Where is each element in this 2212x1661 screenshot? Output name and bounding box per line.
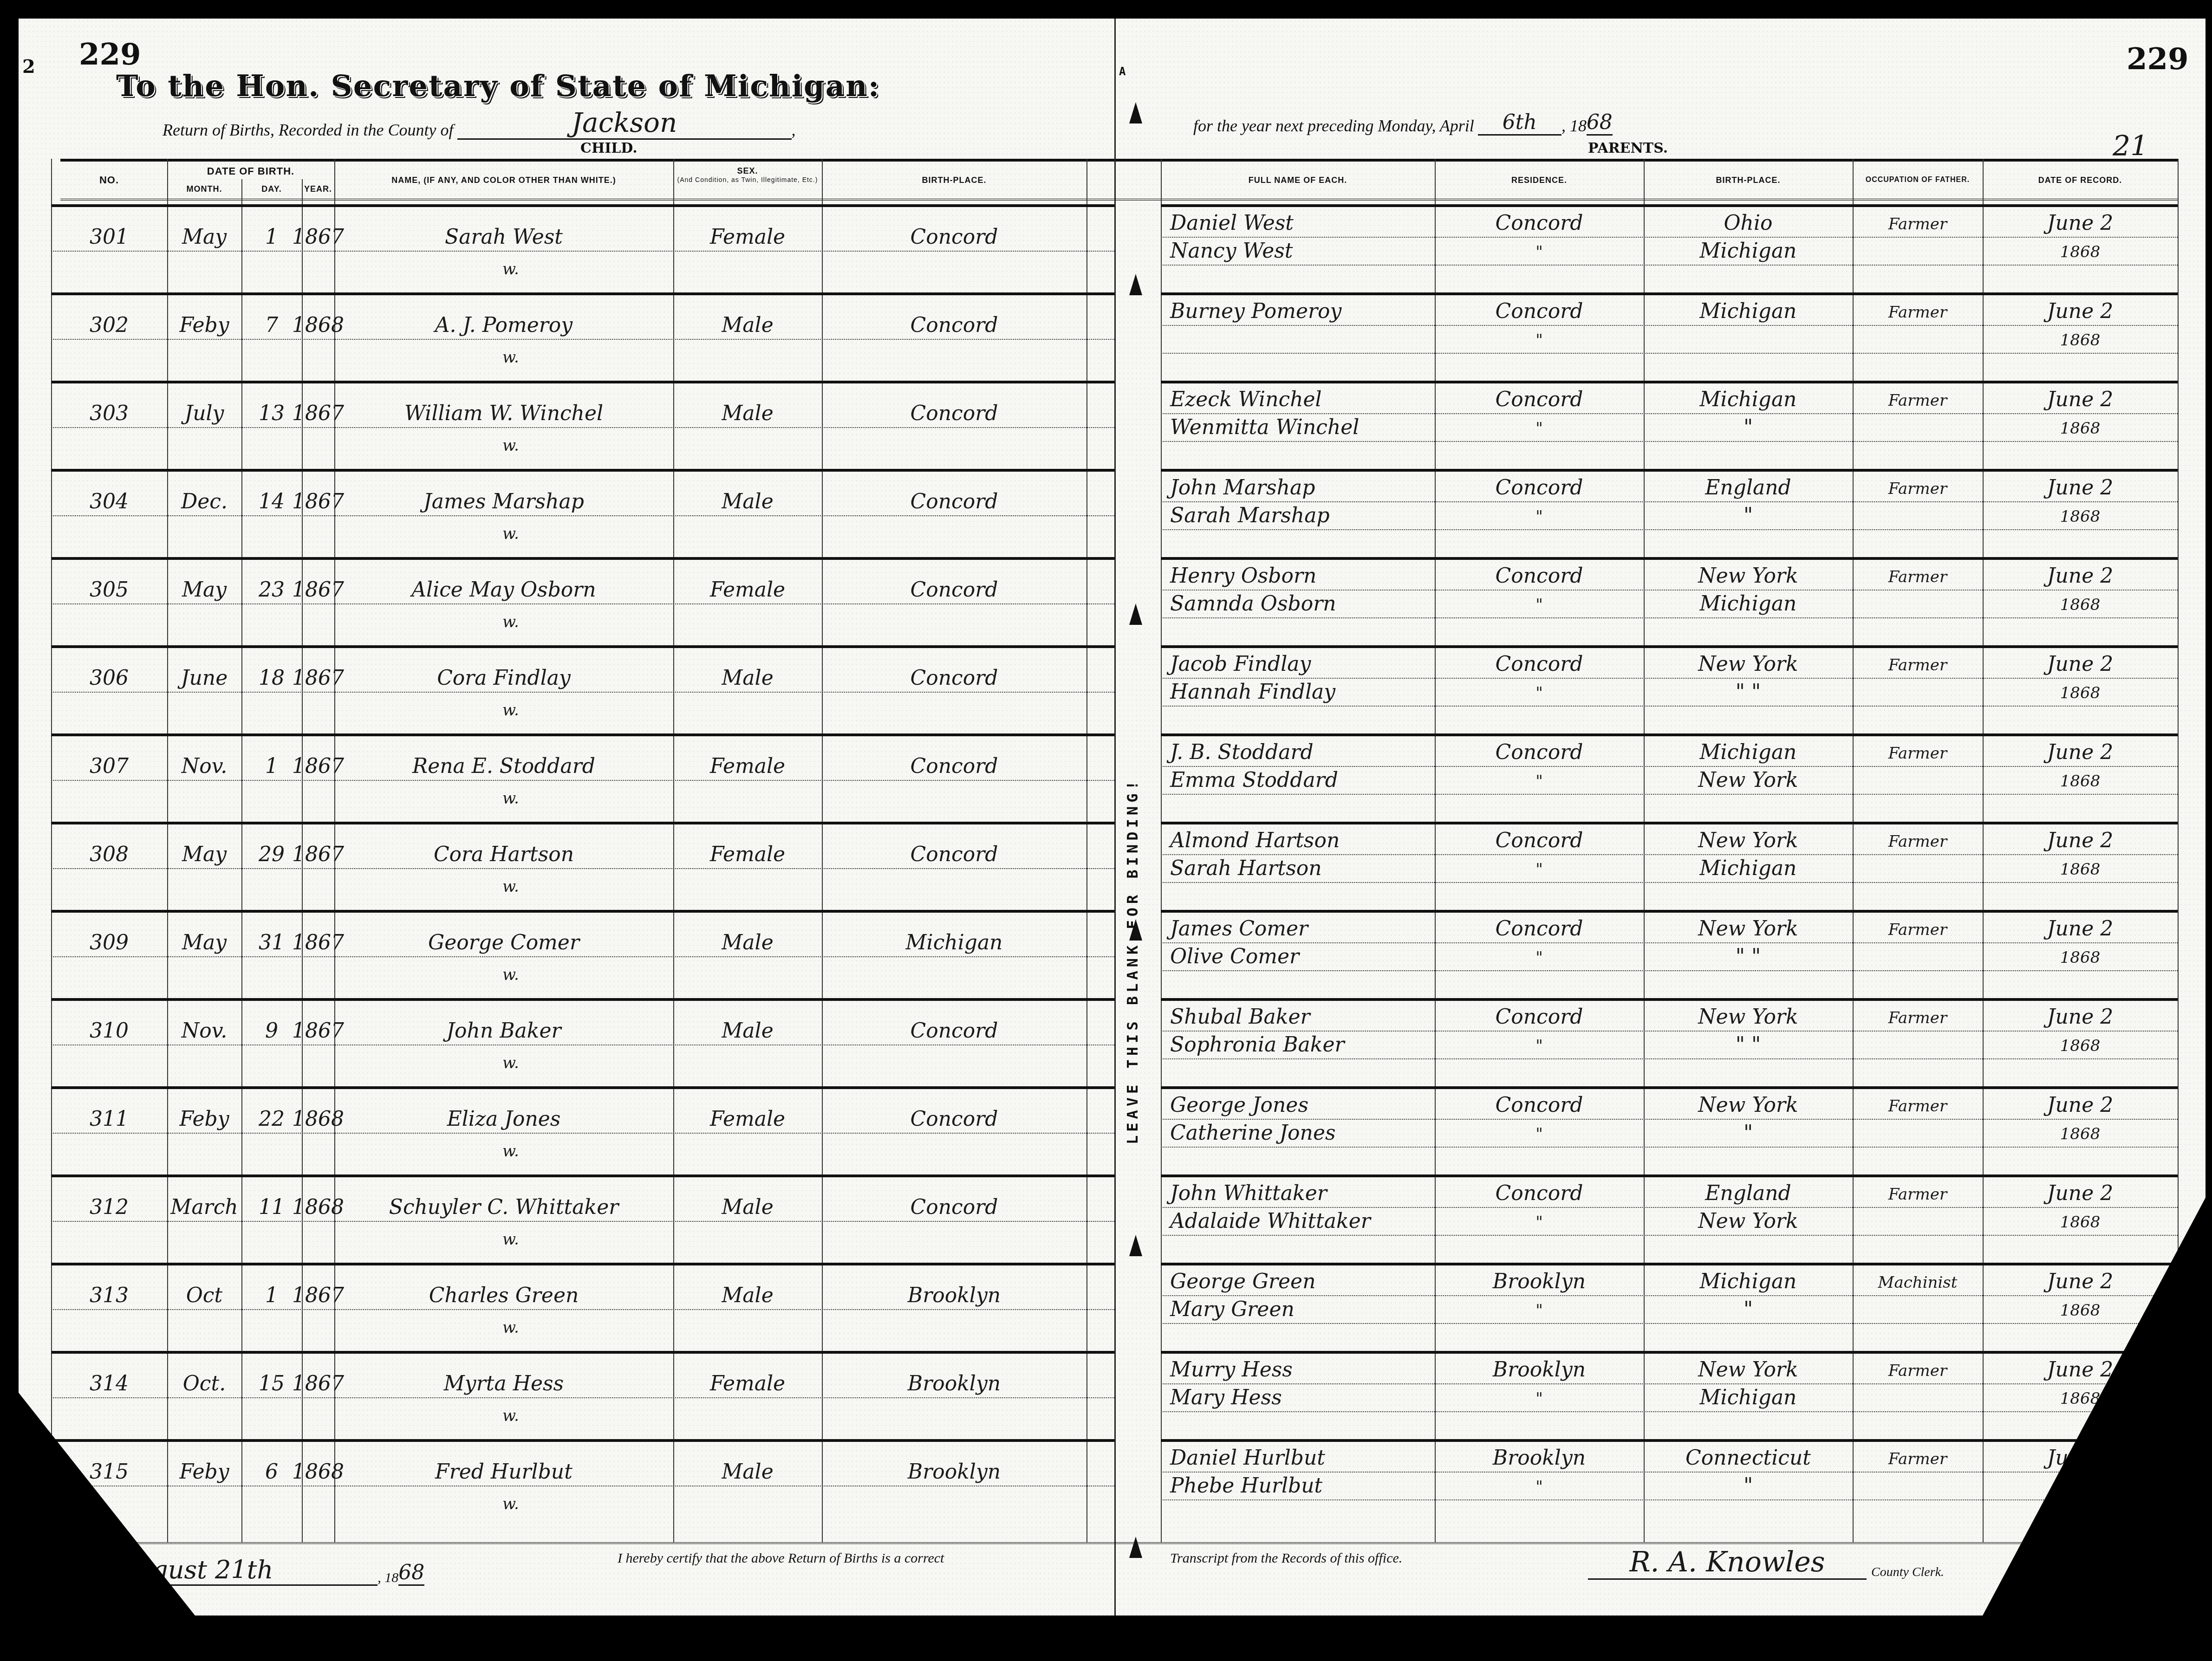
record-residence: Concord bbox=[1435, 209, 1644, 237]
record-color: w. bbox=[483, 1404, 539, 1427]
col-parent-birth-place: Birth-Place. bbox=[1644, 163, 1853, 197]
row-rule bbox=[1161, 910, 2178, 913]
record-sex: Female bbox=[673, 576, 822, 603]
record-father-birth-place: England bbox=[1644, 474, 1853, 501]
record-no: 313 bbox=[51, 1281, 167, 1309]
col-birth-place: Birth-Place. bbox=[822, 163, 1086, 197]
record-year-of-record: 1868 bbox=[1983, 1121, 2178, 1147]
row-subrule bbox=[51, 427, 1114, 428]
record-no: 308 bbox=[51, 840, 167, 868]
col-sex: Sex. (And Condition, as Twin, Illegitima… bbox=[673, 166, 822, 183]
record-birth-place: Concord bbox=[822, 664, 1086, 692]
record-year: 1867 bbox=[302, 752, 334, 780]
record-no: 310 bbox=[51, 1017, 167, 1045]
record-birth-place: Concord bbox=[822, 399, 1086, 427]
record-sex: Male bbox=[673, 1017, 822, 1045]
record-no: 304 bbox=[51, 487, 167, 515]
record-child-name: Fred Hurlbut bbox=[334, 1458, 673, 1486]
record-mother-birth-place bbox=[1644, 325, 1853, 353]
record-child-name: Schuyler C. Whittaker bbox=[334, 1193, 673, 1221]
record-residence: Concord bbox=[1435, 385, 1644, 413]
record-year: 1867 bbox=[302, 664, 334, 692]
record-father-name: J. B. Stoddard bbox=[1170, 738, 1430, 766]
row-subrule bbox=[1161, 617, 2178, 618]
record-birth-place: Concord bbox=[822, 487, 1086, 515]
record-mother-birth-place: Michigan bbox=[1644, 237, 1853, 265]
row-subrule bbox=[51, 1133, 1114, 1134]
record-residence-ditto: " bbox=[1435, 1033, 1644, 1058]
row-subrule bbox=[51, 1045, 1114, 1045]
row-subrule bbox=[51, 692, 1114, 693]
row-rule bbox=[51, 733, 1114, 736]
record-month: March bbox=[167, 1193, 241, 1221]
record-mother-name: Hannah Findlay bbox=[1170, 678, 1430, 706]
record-year-of-record: 1868 bbox=[1983, 945, 2178, 970]
year-label: for the year next preceding Monday, Apri… bbox=[1193, 116, 1474, 136]
record-father-birth-place: New York bbox=[1644, 562, 1853, 590]
row-rule bbox=[1161, 822, 2178, 824]
record-birth-place: Concord bbox=[822, 311, 1086, 339]
col-month: Month. bbox=[167, 181, 241, 197]
record-occupation: Farmer bbox=[1853, 1181, 1983, 1207]
row-rule bbox=[51, 1439, 1114, 1442]
record-year: 1867 bbox=[302, 928, 334, 956]
row-rule bbox=[51, 1086, 1114, 1089]
transcript-text: Transcript from the Records of this offi… bbox=[1170, 1551, 1402, 1566]
clerk-signature: R. A. Knowles bbox=[1588, 1546, 1867, 1580]
record-mother-name: Mary Green bbox=[1170, 1295, 1430, 1323]
record-father-birth-place: Ohio bbox=[1644, 209, 1853, 237]
record-residence-ditto: " bbox=[1435, 768, 1644, 794]
record-no: 305 bbox=[51, 576, 167, 603]
record-birth-place: Concord bbox=[822, 223, 1086, 251]
row-subrule bbox=[1161, 794, 2178, 795]
record-no: 312 bbox=[51, 1193, 167, 1221]
record-year-of-record: 1868 bbox=[1983, 1033, 2178, 1058]
record-mother-birth-place: " " bbox=[1644, 678, 1853, 706]
record-child-name: Myrta Hess bbox=[334, 1369, 673, 1397]
record-father-name: Henry Osborn bbox=[1170, 562, 1430, 590]
record-color: w. bbox=[483, 787, 539, 810]
record-child-name: James Marshap bbox=[334, 487, 673, 515]
day-field: 6th bbox=[1478, 110, 1561, 136]
record-father-name: Jacob Findlay bbox=[1170, 650, 1430, 678]
header-bottom-rule bbox=[60, 199, 2178, 202]
record-sex: Male bbox=[673, 487, 822, 515]
record-birth-place: Concord bbox=[822, 1017, 1086, 1045]
record-father-name: Burney Pomeroy bbox=[1170, 297, 1430, 325]
record-year: 1867 bbox=[302, 223, 334, 251]
col-date-of-birth: Date of Birth. bbox=[167, 163, 334, 179]
row-rule bbox=[1161, 1174, 2178, 1177]
col-name: Name, (if any, and color other than whit… bbox=[334, 163, 673, 197]
record-occupation: Farmer bbox=[1853, 829, 1983, 854]
record-occupation: Farmer bbox=[1853, 740, 1983, 766]
row-subrule bbox=[51, 780, 1114, 781]
record-mother-birth-place: New York bbox=[1644, 1207, 1853, 1235]
record-residence: Concord bbox=[1435, 738, 1644, 766]
record-month: Nov. bbox=[167, 1017, 241, 1045]
record-child-name: A. J. Pomeroy bbox=[334, 311, 673, 339]
row-subrule bbox=[51, 603, 1114, 604]
row-subrule bbox=[1161, 265, 2178, 266]
parents-section-label: PARENTS. bbox=[1588, 140, 1668, 156]
record-color: w. bbox=[483, 258, 539, 281]
corner-mark: 2 bbox=[22, 56, 35, 78]
row-rule bbox=[51, 822, 1114, 824]
row-rule bbox=[51, 1174, 1114, 1177]
row-rule bbox=[1161, 645, 2178, 648]
record-residence-ditto: " bbox=[1435, 415, 1644, 441]
row-subrule bbox=[51, 251, 1114, 252]
record-sex: Female bbox=[673, 752, 822, 780]
record-residence-ditto: " bbox=[1435, 1298, 1644, 1323]
record-residence: Concord bbox=[1435, 650, 1644, 678]
row-subrule bbox=[51, 868, 1114, 869]
record-mother-name: Sarah Marshap bbox=[1170, 501, 1430, 529]
row-rule bbox=[1161, 998, 2178, 1001]
record-sex: Female bbox=[673, 840, 822, 868]
record-birth-place: Concord bbox=[822, 576, 1086, 603]
row-rule bbox=[51, 557, 1114, 560]
record-month: May bbox=[167, 928, 241, 956]
row-rule bbox=[1161, 204, 2178, 207]
record-father-birth-place: New York bbox=[1644, 1091, 1853, 1119]
record-residence: Concord bbox=[1435, 1179, 1644, 1207]
record-month: May bbox=[167, 576, 241, 603]
record-mother-birth-place: " bbox=[1644, 413, 1853, 441]
record-mother-name: Olive Comer bbox=[1170, 942, 1430, 970]
col-rule bbox=[1161, 159, 1162, 1542]
record-child-name: William W. Winchel bbox=[334, 399, 673, 427]
row-subrule bbox=[1161, 1058, 2178, 1059]
record-father-birth-place: New York bbox=[1644, 650, 1853, 678]
record-month: Feby bbox=[167, 1105, 241, 1133]
record-father-name: Murry Hess bbox=[1170, 1356, 1430, 1383]
record-father-birth-place: New York bbox=[1644, 1003, 1853, 1031]
row-rule bbox=[1161, 1086, 2178, 1089]
record-month: June bbox=[167, 664, 241, 692]
record-date: June 2 bbox=[1983, 562, 2178, 590]
record-residence-ditto: " bbox=[1435, 327, 1644, 353]
record-father-name: Daniel Hurlbut bbox=[1170, 1444, 1430, 1472]
record-month: Feby bbox=[167, 311, 241, 339]
col-date-of-record: Date of Record. bbox=[1983, 163, 2178, 197]
row-rule bbox=[1161, 557, 2178, 560]
record-father-name: Daniel West bbox=[1170, 209, 1430, 237]
record-residence: Concord bbox=[1435, 562, 1644, 590]
record-mother-birth-place: Michigan bbox=[1644, 1383, 1853, 1411]
record-color: w. bbox=[483, 610, 539, 634]
record-year-of-record: 1868 bbox=[1983, 504, 2178, 529]
register-page: 2 229 229 21 To the Hon. Secretary of St… bbox=[19, 19, 2205, 1616]
record-year: 1867 bbox=[302, 399, 334, 427]
binding-mark: A bbox=[1119, 65, 1126, 78]
record-father-name: Shubal Baker bbox=[1170, 1003, 1430, 1031]
record-occupation: Farmer bbox=[1853, 564, 1983, 590]
record-residence-ditto: " bbox=[1435, 680, 1644, 706]
row-subrule bbox=[1161, 353, 2178, 354]
record-residence: Concord bbox=[1435, 1091, 1644, 1119]
record-no: 301 bbox=[51, 223, 167, 251]
record-residence-ditto: " bbox=[1435, 1209, 1644, 1235]
record-month: May bbox=[167, 223, 241, 251]
row-subrule bbox=[1161, 882, 2178, 883]
record-child-name: George Comer bbox=[334, 928, 673, 956]
row-rule bbox=[51, 1263, 1114, 1265]
record-mother-name: Samnda Osborn bbox=[1170, 590, 1430, 617]
col-residence: Residence. bbox=[1435, 163, 1644, 197]
record-year-of-record: 1868 bbox=[1983, 415, 2178, 441]
binding-arrow-icon bbox=[1129, 102, 1142, 123]
record-sex: Female bbox=[673, 223, 822, 251]
record-year: 1867 bbox=[302, 840, 334, 868]
record-residence: Concord bbox=[1435, 1003, 1644, 1031]
binding-arrow-icon bbox=[1129, 919, 1142, 941]
binding-arrow-icon bbox=[1129, 1537, 1142, 1558]
col-occupation: Occupation of Father. bbox=[1853, 163, 1983, 197]
row-rule bbox=[51, 469, 1114, 472]
record-color: w. bbox=[483, 346, 539, 369]
record-sex: Male bbox=[673, 399, 822, 427]
binding-arrow-icon bbox=[1129, 603, 1142, 625]
row-subrule bbox=[51, 1486, 1114, 1486]
record-year-of-record: 1868 bbox=[1983, 592, 2178, 617]
record-year: 1867 bbox=[302, 1281, 334, 1309]
record-date: June 2 bbox=[1983, 738, 2178, 766]
record-mother-name: Phebe Hurlbut bbox=[1170, 1472, 1430, 1499]
row-rule bbox=[1161, 381, 2178, 383]
record-birth-place: Concord bbox=[822, 1105, 1086, 1133]
record-child-name: John Baker bbox=[334, 1017, 673, 1045]
record-father-birth-place: Michigan bbox=[1644, 1267, 1853, 1295]
record-date: June 2 bbox=[1983, 915, 2178, 942]
record-year-of-record: 1868 bbox=[1983, 239, 2178, 265]
return-line: Return of Births, Recorded in the County… bbox=[163, 107, 796, 140]
record-mother-birth-place: " bbox=[1644, 1472, 1853, 1499]
record-no: 309 bbox=[51, 928, 167, 956]
record-sex: Male bbox=[673, 664, 822, 692]
right-page-number: 229 bbox=[2127, 42, 2189, 77]
record-mother-name: Wenmitta Winchel bbox=[1170, 413, 1430, 441]
record-residence: Brooklyn bbox=[1435, 1444, 1644, 1472]
child-section-label: CHILD. bbox=[580, 140, 638, 156]
row-rule bbox=[51, 645, 1114, 648]
record-occupation: Farmer bbox=[1853, 476, 1983, 501]
record-occupation: Farmer bbox=[1853, 917, 1983, 942]
record-month: July bbox=[167, 399, 241, 427]
row-subrule bbox=[1161, 1147, 2178, 1148]
certify-text: I hereby certify that the above Return o… bbox=[618, 1551, 944, 1566]
record-child-name: Charles Green bbox=[334, 1281, 673, 1309]
row-rule bbox=[1161, 292, 2178, 295]
record-child-name: Cora Hartson bbox=[334, 840, 673, 868]
row-rule bbox=[1161, 733, 2178, 736]
record-mother-name: Adalaide Whittaker bbox=[1170, 1207, 1430, 1235]
record-mother-birth-place: " bbox=[1644, 501, 1853, 529]
record-no: 306 bbox=[51, 664, 167, 692]
record-date: June 2 bbox=[1983, 297, 2178, 325]
record-date: June 2 bbox=[1983, 209, 2178, 237]
record-father-birth-place: New York bbox=[1644, 915, 1853, 942]
record-residence-ditto: " bbox=[1435, 1121, 1644, 1147]
col-year: Year. bbox=[302, 181, 334, 197]
record-sex: Female bbox=[673, 1369, 822, 1397]
record-occupation: Farmer bbox=[1853, 299, 1983, 325]
record-year-of-record: 1868 bbox=[1983, 680, 2178, 706]
row-rule bbox=[51, 381, 1114, 383]
record-color: w. bbox=[483, 1492, 539, 1516]
record-mother-name: Mary Hess bbox=[1170, 1383, 1430, 1411]
record-birth-place: Concord bbox=[822, 1193, 1086, 1221]
record-no: 302 bbox=[51, 311, 167, 339]
page-edge bbox=[1983, 1198, 2205, 1616]
clerk-title: County Clerk. bbox=[1871, 1565, 1944, 1580]
record-residence-ditto: " bbox=[1435, 504, 1644, 529]
record-mother-name bbox=[1170, 325, 1430, 353]
record-father-birth-place: Michigan bbox=[1644, 738, 1853, 766]
record-year: 1868 bbox=[302, 1193, 334, 1221]
record-occupation: Farmer bbox=[1853, 1358, 1983, 1383]
record-mother-name: Emma Stoddard bbox=[1170, 766, 1430, 794]
record-color: w. bbox=[483, 1140, 539, 1163]
record-sex: Male bbox=[673, 1193, 822, 1221]
year-field: 68 bbox=[1587, 110, 1613, 136]
record-sex: Male bbox=[673, 1458, 822, 1486]
record-date: June 2 bbox=[1983, 474, 2178, 501]
col-day: Day. bbox=[241, 181, 302, 197]
record-birth-place: Brooklyn bbox=[822, 1458, 1086, 1486]
record-father-birth-place: England bbox=[1644, 1179, 1853, 1207]
record-mother-birth-place: New York bbox=[1644, 766, 1853, 794]
record-father-birth-place: New York bbox=[1644, 1356, 1853, 1383]
page-title: To the Hon. Secretary of State of Michig… bbox=[116, 69, 880, 104]
record-occupation: Farmer bbox=[1853, 211, 1983, 237]
record-year: 1867 bbox=[302, 576, 334, 603]
row-subrule bbox=[1161, 529, 2178, 530]
header-top-rule bbox=[60, 159, 2178, 162]
row-subrule bbox=[1161, 706, 2178, 707]
record-residence: Brooklyn bbox=[1435, 1267, 1644, 1295]
row-subrule bbox=[51, 1221, 1114, 1222]
record-residence-ditto: " bbox=[1435, 1474, 1644, 1499]
record-father-name: James Comer bbox=[1170, 915, 1430, 942]
record-occupation: Farmer bbox=[1853, 1093, 1983, 1119]
record-sex: Male bbox=[673, 311, 822, 339]
record-date: June 2 bbox=[1983, 650, 2178, 678]
record-color: w. bbox=[483, 963, 539, 986]
signature-line: R. A. Knowles County Clerk. bbox=[1588, 1546, 1944, 1580]
record-father-name: George Jones bbox=[1170, 1091, 1430, 1119]
margin-note: 21 bbox=[2113, 130, 2148, 162]
record-mother-name: Sophronia Baker bbox=[1170, 1031, 1430, 1058]
record-residence-ditto: " bbox=[1435, 1386, 1644, 1411]
record-father-birth-place: Michigan bbox=[1644, 385, 1853, 413]
record-year-of-record: 1868 bbox=[1983, 856, 2178, 882]
record-birth-place: Concord bbox=[822, 752, 1086, 780]
record-father-birth-place: New York bbox=[1644, 826, 1853, 854]
record-year: 1868 bbox=[302, 311, 334, 339]
record-no: 303 bbox=[51, 399, 167, 427]
binding-arrow-icon bbox=[1129, 274, 1142, 295]
record-mother-birth-place: " bbox=[1644, 1119, 1853, 1147]
record-color: w. bbox=[483, 875, 539, 898]
record-color: w. bbox=[483, 522, 539, 545]
record-no: 311 bbox=[51, 1105, 167, 1133]
record-birth-place: Michigan bbox=[822, 928, 1086, 956]
record-sex: Female bbox=[673, 1105, 822, 1133]
col-rule bbox=[1086, 159, 1087, 1542]
record-father-name: Ezeck Winchel bbox=[1170, 385, 1430, 413]
binding-margin-text: LEAVE THIS BLANK FOR BINDING! bbox=[1124, 613, 1152, 1309]
record-date: June 2 bbox=[1983, 1003, 2178, 1031]
record-child-name: Alice May Osborn bbox=[334, 576, 673, 603]
record-birth-place: Concord bbox=[822, 840, 1086, 868]
row-subrule bbox=[51, 956, 1114, 957]
record-birth-place: Brooklyn bbox=[822, 1281, 1086, 1309]
record-date: June 2 bbox=[1983, 1091, 2178, 1119]
record-residence: Concord bbox=[1435, 474, 1644, 501]
record-mother-birth-place: " bbox=[1644, 1295, 1853, 1323]
return-label: Return of Births, Recorded in the County… bbox=[163, 120, 454, 140]
gutter-rule bbox=[1114, 19, 1116, 1616]
record-mother-birth-place: Michigan bbox=[1644, 854, 1853, 882]
row-subrule bbox=[51, 339, 1114, 340]
record-no: 307 bbox=[51, 752, 167, 780]
row-rule bbox=[1161, 469, 2178, 472]
row-rule bbox=[51, 292, 1114, 295]
record-residence-ditto: " bbox=[1435, 239, 1644, 265]
record-father-name: George Green bbox=[1170, 1267, 1430, 1295]
record-mother-birth-place: Michigan bbox=[1644, 590, 1853, 617]
record-month: May bbox=[167, 840, 241, 868]
record-mother-birth-place: " " bbox=[1644, 942, 1853, 970]
record-year: 1868 bbox=[302, 1458, 334, 1486]
record-color: w. bbox=[483, 434, 539, 457]
col-parent-name: Full Name of Each. bbox=[1161, 163, 1435, 197]
record-father-birth-place: Connecticut bbox=[1644, 1444, 1853, 1472]
col-no: No. bbox=[51, 163, 167, 197]
record-child-name: Sarah West bbox=[334, 223, 673, 251]
record-sex: Male bbox=[673, 928, 822, 956]
record-mother-name: Sarah Hartson bbox=[1170, 854, 1430, 882]
row-rule bbox=[51, 1351, 1114, 1354]
record-color: w. bbox=[483, 699, 539, 722]
footer-rule bbox=[51, 1542, 2178, 1546]
record-date: June 2 bbox=[1983, 826, 2178, 854]
record-month: Dec. bbox=[167, 487, 241, 515]
record-residence: Concord bbox=[1435, 297, 1644, 325]
record-residence-ditto: " bbox=[1435, 592, 1644, 617]
row-rule bbox=[51, 204, 1114, 207]
record-year-of-record: 1868 bbox=[1983, 768, 2178, 794]
record-father-name: John Whittaker bbox=[1170, 1179, 1430, 1207]
left-page-number: 229 bbox=[79, 37, 141, 72]
record-occupation: Machinist bbox=[1853, 1270, 1983, 1295]
record-occupation: Farmer bbox=[1853, 1005, 1983, 1031]
record-residence: Concord bbox=[1435, 826, 1644, 854]
record-mother-birth-place: " " bbox=[1644, 1031, 1853, 1058]
record-father-name: John Marshap bbox=[1170, 474, 1430, 501]
record-year: 1867 bbox=[302, 1017, 334, 1045]
page-edge bbox=[19, 1393, 195, 1616]
year-line: for the year next preceding Monday, Apri… bbox=[1193, 110, 1613, 136]
record-residence: Brooklyn bbox=[1435, 1356, 1644, 1383]
row-rule bbox=[51, 998, 1114, 1001]
row-subrule bbox=[51, 1397, 1114, 1398]
record-residence-ditto: " bbox=[1435, 945, 1644, 970]
record-year: 1867 bbox=[302, 487, 334, 515]
